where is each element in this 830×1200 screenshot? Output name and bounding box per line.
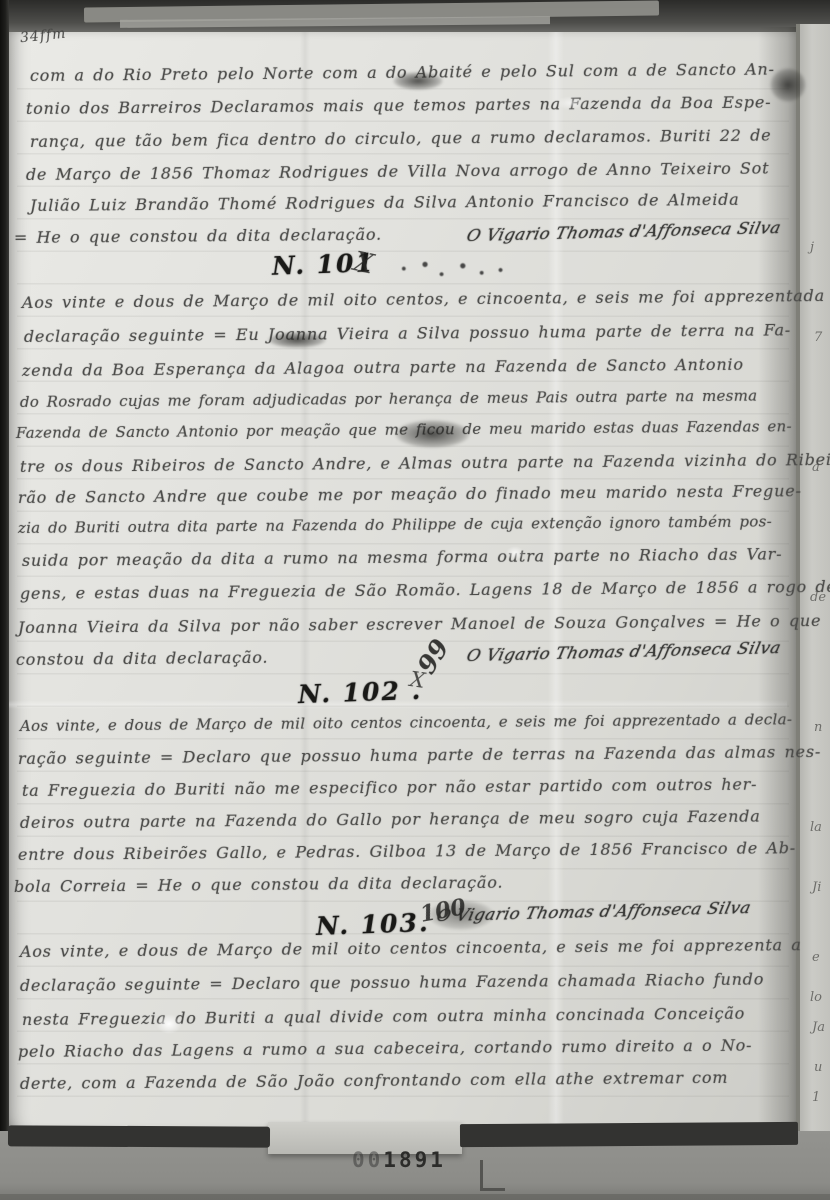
edge-text-fragment: j xyxy=(810,240,814,255)
edge-text-fragment: lo xyxy=(810,990,822,1005)
edge-text-fragment: 7 xyxy=(814,330,822,345)
entry-heading-n103: N. 103. xyxy=(316,908,431,941)
paper-bottom-shadow xyxy=(8,1125,270,1147)
paper-glare-spot xyxy=(156,1014,182,1034)
edge-text-fragment: la xyxy=(810,820,822,835)
ink-smudge xyxy=(395,420,470,448)
entry-heading-n102: N. 102 . xyxy=(298,676,423,709)
corner-registration-mark-icon xyxy=(480,1160,505,1191)
edge-text-fragment: n xyxy=(814,720,822,735)
ink-smudge xyxy=(393,72,443,90)
scanner-bed-left-edge xyxy=(0,0,9,1142)
page-number-stamp: 001891 xyxy=(352,1148,446,1172)
manuscript-line: constou da dita declaração. xyxy=(16,648,269,669)
ink-smudge xyxy=(428,900,494,930)
ink-blot xyxy=(770,68,806,102)
scan-bottom-edge xyxy=(0,1194,830,1200)
edge-text-fragment: e xyxy=(812,950,820,965)
edge-text-fragment: Ji xyxy=(812,880,821,895)
paper-glare-spot xyxy=(506,546,524,560)
paper-glare-spot xyxy=(556,96,586,110)
ink-dots-scribble xyxy=(392,256,510,284)
edge-text-fragment: u xyxy=(814,1060,822,1075)
stamp-prefix: 00 xyxy=(352,1148,383,1172)
edge-text-fragment: 1 xyxy=(812,1090,820,1105)
manuscript-line: = He o que constou da dita declaração. xyxy=(14,225,382,247)
ink-smudge xyxy=(268,332,326,348)
paper-bottom-shadow xyxy=(460,1122,798,1147)
scanned-manuscript-page: j 7 a de n la Ji e lo Ja u 1 34ffm com a… xyxy=(0,0,830,1200)
stamp-year: 1891 xyxy=(383,1148,446,1172)
edge-text-fragment: Ja xyxy=(812,1020,825,1035)
